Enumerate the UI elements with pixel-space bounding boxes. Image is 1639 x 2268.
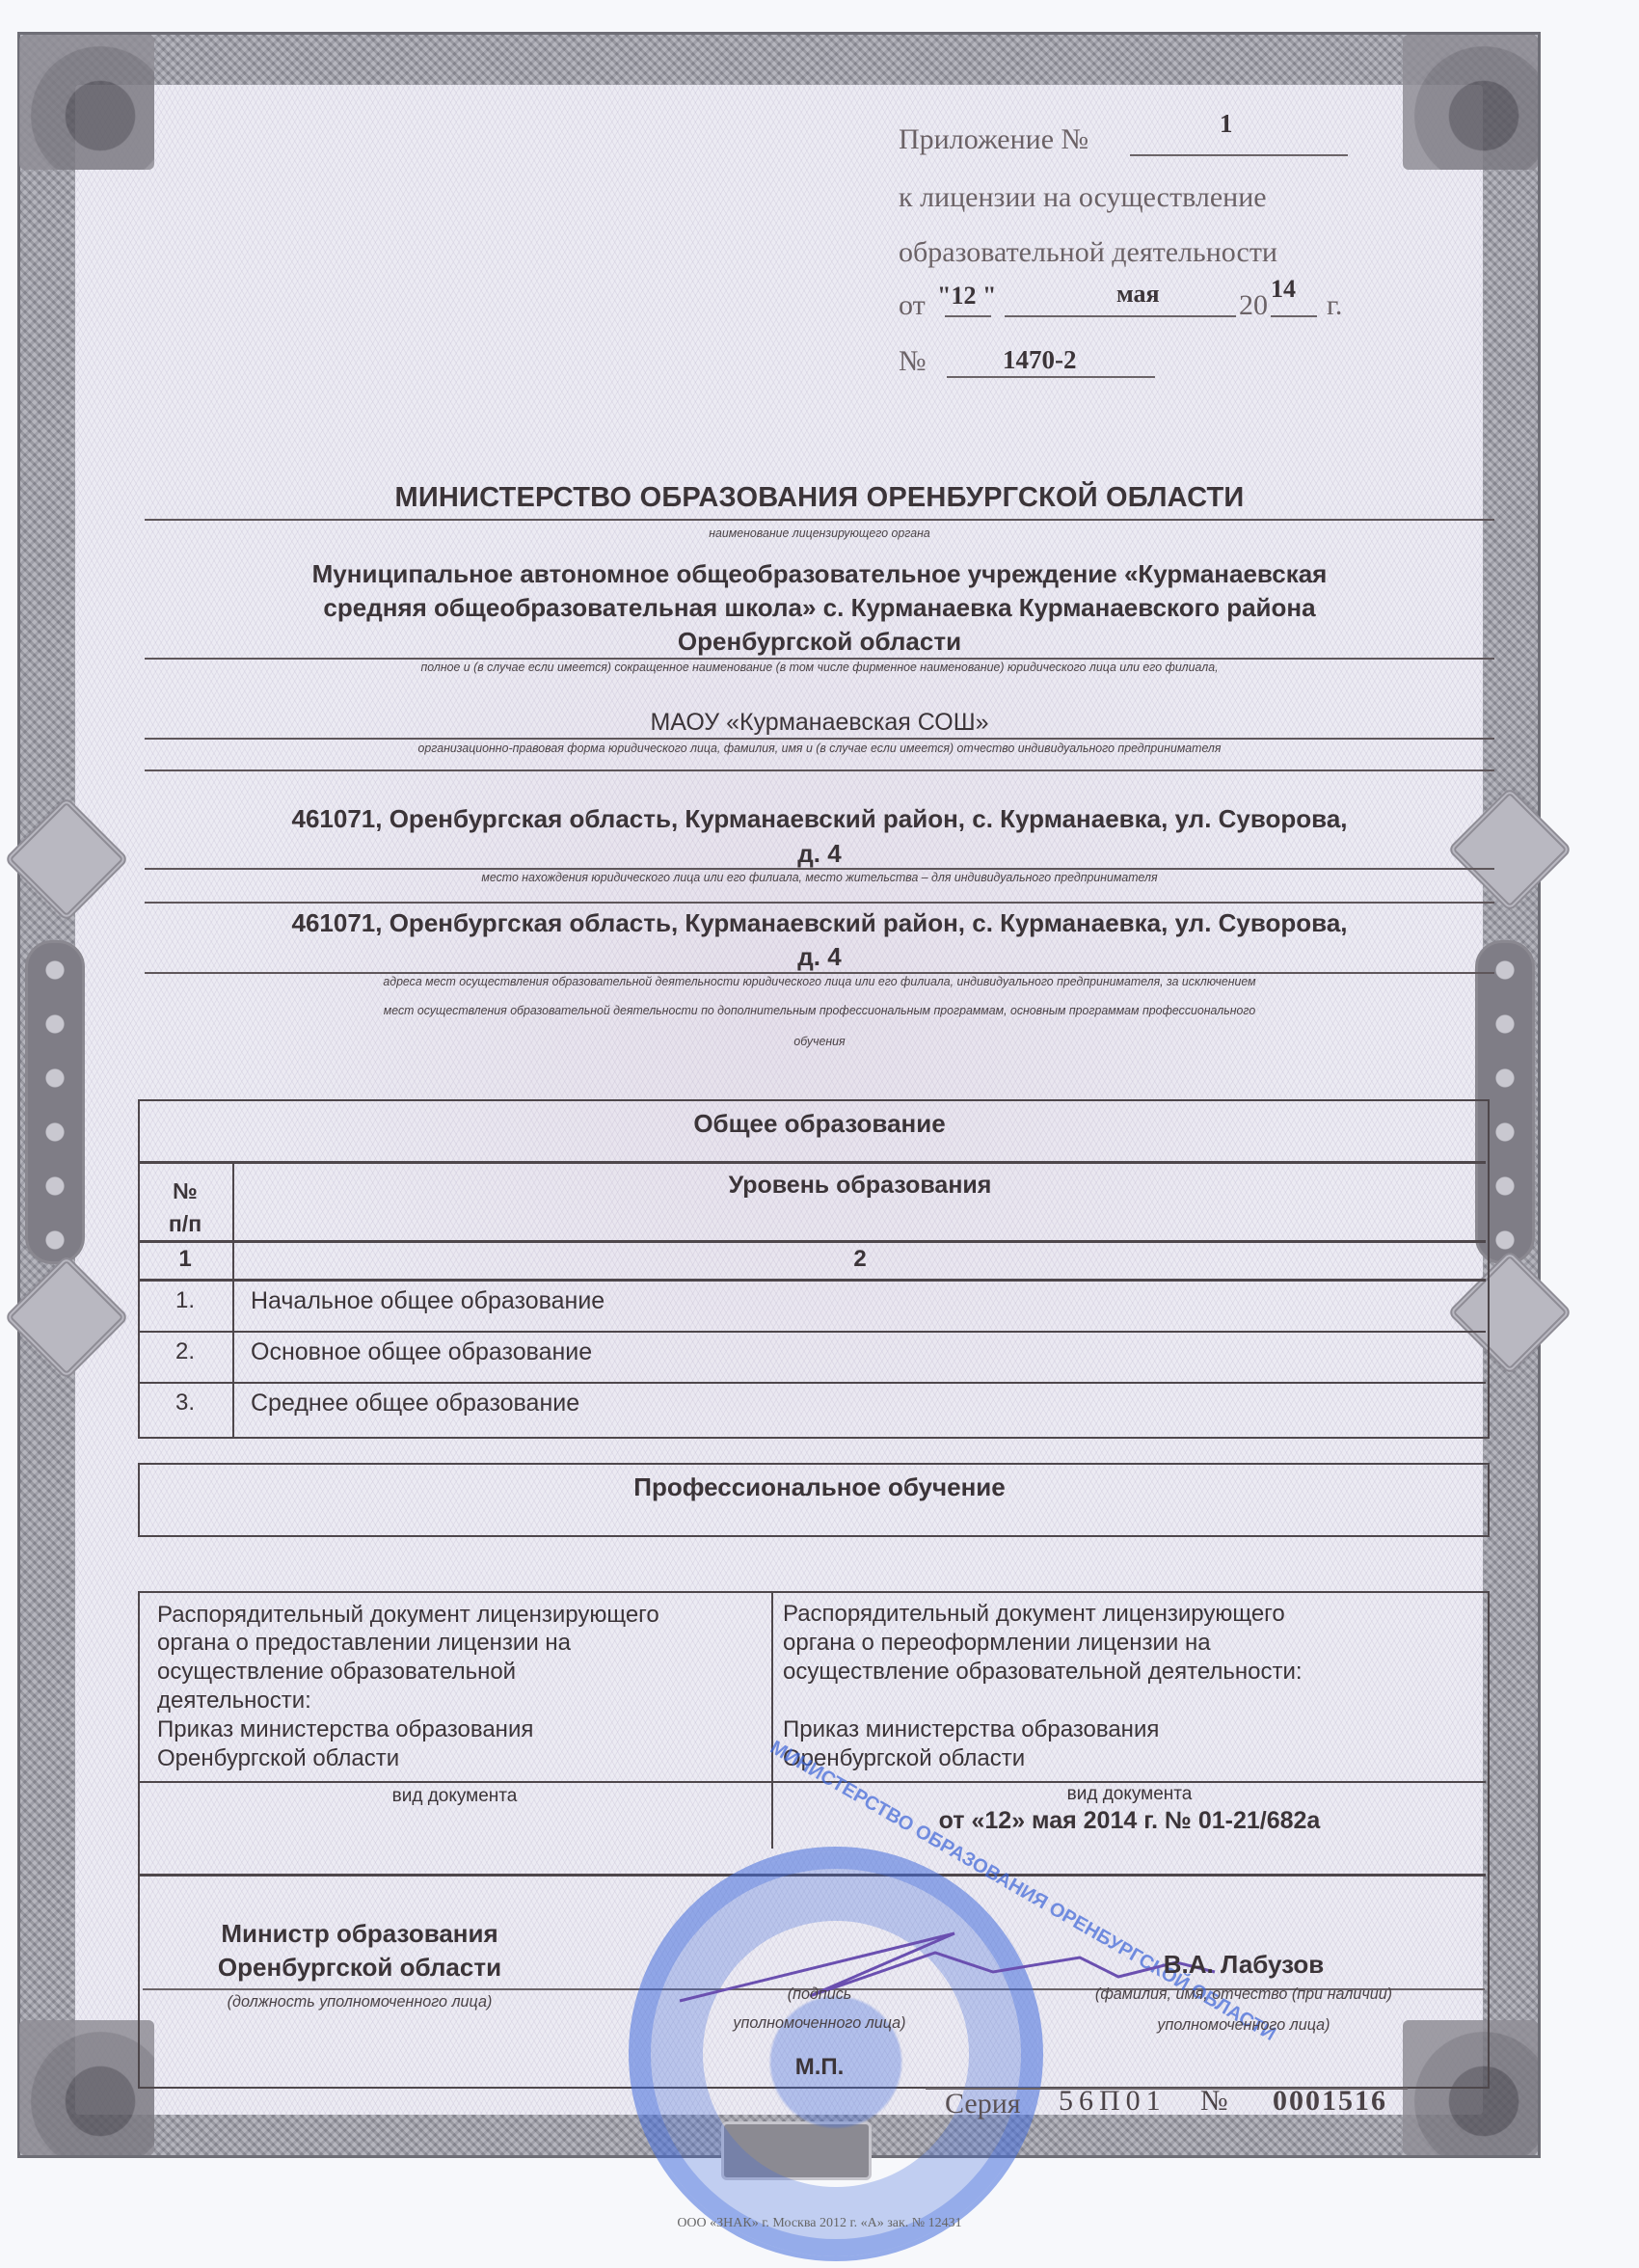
side-ornament-icon [25, 940, 85, 1264]
divider [138, 1240, 1486, 1243]
legal-address-line-2: д. 4 [0, 839, 1639, 869]
sign-caption-1: (подпись [628, 1984, 1012, 2004]
legal-address-caption: место нахождения юридического лица или е… [41, 870, 1599, 884]
col-index-1: 1 [138, 1246, 232, 1273]
divider [232, 1162, 234, 1437]
org-name-caption: полное и (в случае если имеется) сокраще… [41, 660, 1599, 674]
authority-caption: наименование лицензирующего органа [41, 526, 1599, 540]
underline [945, 315, 991, 317]
row-level: Основное общее образование [251, 1338, 592, 1366]
series-label: Серия [945, 2088, 1021, 2120]
table-title: Общее образование [0, 1109, 1639, 1139]
serial-number: 0001516 [1273, 2085, 1387, 2118]
col-num-header-1: № [138, 1178, 232, 1204]
appendix-line2: к лицензии на осуществление [899, 181, 1267, 214]
col-index-2: 2 [234, 1246, 1486, 1273]
signer-name-caption-2: уполномоченного лица) [1034, 2015, 1455, 2035]
order-right-line-1: Распорядительный документ лицензирующего [783, 1601, 1285, 1628]
order-left-line-2: органа о предоставлении лицензии на [157, 1630, 571, 1657]
underline [947, 376, 1155, 378]
authority-name: МИНИСТЕРСТВО ОБРАЗОВАНИЯ ОРЕНБУРГСКОЙ ОБ… [0, 482, 1639, 514]
row-level: Среднее общее образование [251, 1390, 579, 1417]
order-left-line-1: Распорядительный документ лицензирующего [157, 1601, 659, 1630]
org-name-line-2: средняя общеобразовательная школа» с. Ку… [0, 593, 1639, 623]
corner-ornament-icon [1403, 35, 1538, 170]
order-left-caption: вид документа [138, 1786, 771, 1807]
underline [145, 738, 1494, 740]
signer-name: В.А. Лабузов [1022, 1950, 1465, 1980]
row-num: 1. [138, 1287, 232, 1314]
row-num: 3. [138, 1390, 232, 1417]
underline [1130, 154, 1348, 156]
activity-address-line-1: 461071, Оренбургская область, Курманаевс… [0, 908, 1639, 938]
activity-address-caption-2: мест осуществления образовательной деяте… [41, 1003, 1599, 1017]
activity-address-line-2: д. 4 [0, 942, 1639, 972]
activity-address-caption-3: обучения [41, 1034, 1599, 1048]
appendix-number: 1 [1220, 109, 1233, 139]
row-level: Начальное общее образование [251, 1287, 605, 1315]
signer-position-2: Оренбургской области [138, 1953, 581, 1983]
order-left-line-6: Оренбургской области [157, 1745, 399, 1772]
row-num: 2. [138, 1338, 232, 1365]
col-level-header: Уровень образования [234, 1172, 1486, 1200]
serial-number-label: № [1200, 2085, 1228, 2118]
divider [138, 1279, 1486, 1282]
order-right-line-3: осуществление образовательной деятельнос… [783, 1659, 1303, 1686]
seal-label: М.П. [617, 2054, 1022, 2081]
org-short-name-caption: организационно-правовая форма юридическо… [41, 741, 1599, 755]
order-right-line-2: органа о переоформлении лицензии на [783, 1630, 1211, 1657]
underline [145, 519, 1494, 521]
appendix-line3: образовательной деятельности [899, 236, 1277, 269]
divider [138, 1161, 1486, 1164]
date-prefix: от [899, 289, 926, 322]
order-left-line-4: деятельности: [157, 1687, 311, 1714]
printer-note: ООО «ЗНАК» г. Москва 2012 г. «А» зак. № … [0, 2216, 1639, 2231]
corner-ornament-icon [19, 35, 154, 170]
date-suffix: г. [1327, 289, 1342, 322]
series-value: 56П01 [1059, 2085, 1167, 2118]
order-left-line-3: осуществление образовательной [157, 1659, 516, 1686]
org-short-name: МАОУ «Курманаевская СОШ» [0, 709, 1639, 737]
professional-training-title: Профессиональное обучение [0, 1472, 1639, 1502]
order-left-line-5: Приказ министерства образования [157, 1716, 533, 1743]
date-month: мая [1116, 280, 1160, 309]
underline [145, 902, 1494, 904]
underline [1005, 315, 1236, 317]
legal-address-line-1: 461071, Оренбургская область, Курманаевс… [0, 804, 1639, 834]
license-no-label: № [899, 345, 927, 378]
date-day: "12 " [937, 282, 996, 310]
signer-position-1: Министр образования [138, 1919, 581, 1949]
date-year-suffix: 14 [1271, 275, 1296, 304]
order-right-line-5: Приказ министерства образования [783, 1716, 1159, 1743]
col-num-header-2: п/п [138, 1211, 232, 1237]
org-name-line-3: Оренбургской области [0, 627, 1639, 657]
sign-caption-2: уполномоченного лица) [628, 2013, 1012, 2033]
underline [1271, 315, 1317, 317]
corner-ornament-icon [19, 2020, 154, 2155]
divider [138, 1382, 1486, 1384]
divider [138, 1331, 1486, 1333]
appendix-label: Приложение № [899, 123, 1088, 156]
signer-name-caption-1: (фамилия, имя, отчество (при наличии) [1034, 1984, 1455, 2004]
org-name-line-1: Муниципальное автономное общеобразовател… [0, 559, 1639, 589]
underline [145, 769, 1494, 771]
date-year-prefix: 20 [1239, 289, 1268, 322]
date-day-value: 12 [951, 282, 976, 310]
license-number: 1470-2 [1003, 345, 1077, 375]
signer-position-caption: (должность уполномоченного лица) [149, 1992, 571, 2011]
activity-address-caption-1: адреса мест осуществления образовательно… [41, 974, 1599, 988]
